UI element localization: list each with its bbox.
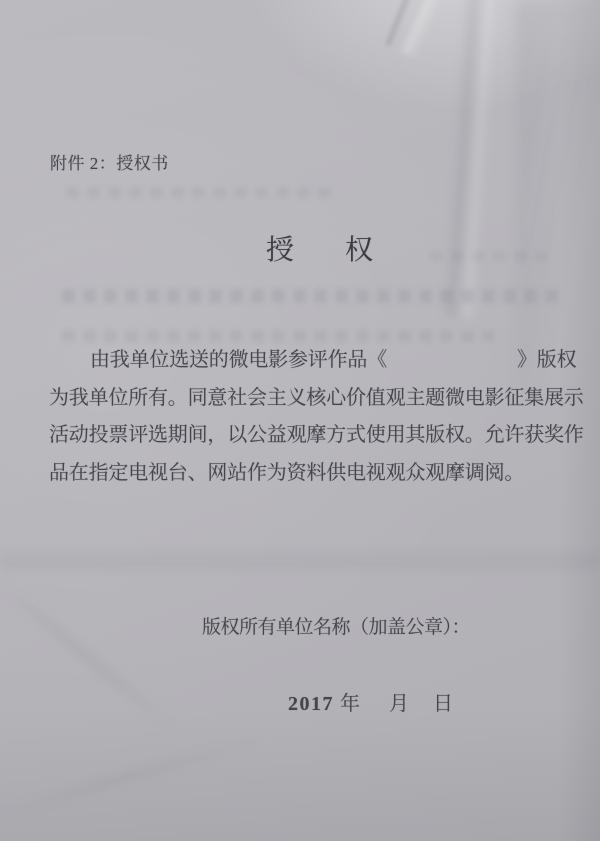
body-line: 活动投票评选期间，以公益观摩方式使用其版权。允许获奖作 xyxy=(49,420,584,450)
ghost-text-band xyxy=(62,289,560,303)
attachment-label: 附件 2：授权书 xyxy=(50,149,169,174)
date-line: 2017年月日 xyxy=(288,687,453,716)
ghost-text-band xyxy=(66,187,334,198)
date-year: 2017 xyxy=(288,693,334,715)
ghost-text-band xyxy=(430,251,556,262)
body-line: 品在指定电视台、网站作为资料供电视观众观摩调阅。 xyxy=(49,458,524,488)
document-title: 授 权 xyxy=(266,228,373,268)
date-unit-month: 月 xyxy=(389,693,409,715)
body-line: 由我单位选送的微电影参评作品《》版权 xyxy=(49,345,576,375)
date-unit-year: 年 xyxy=(340,693,360,715)
title-char-1: 授 xyxy=(266,228,294,268)
blank-fill-in-field xyxy=(387,365,517,366)
title-char-2: 权 xyxy=(345,228,373,268)
body-line: 为我单位所有。同意社会主义核心价值观主题微电影征集展示 xyxy=(49,383,584,413)
body-line-1-suffix: 》版权 xyxy=(517,349,576,371)
signature-label: 版权所有单位名称（加盖公章）： xyxy=(202,612,470,639)
body-line-1-prefix: 由我单位选送的微电影参评作品《 xyxy=(90,349,387,371)
photographed-document: 附件 2：授权书 授 权 由我单位选送的微电影参评作品《》版权 为我单位所有。同… xyxy=(0,0,600,841)
date-unit-day: 日 xyxy=(433,693,453,715)
ghost-text-band xyxy=(62,330,494,342)
